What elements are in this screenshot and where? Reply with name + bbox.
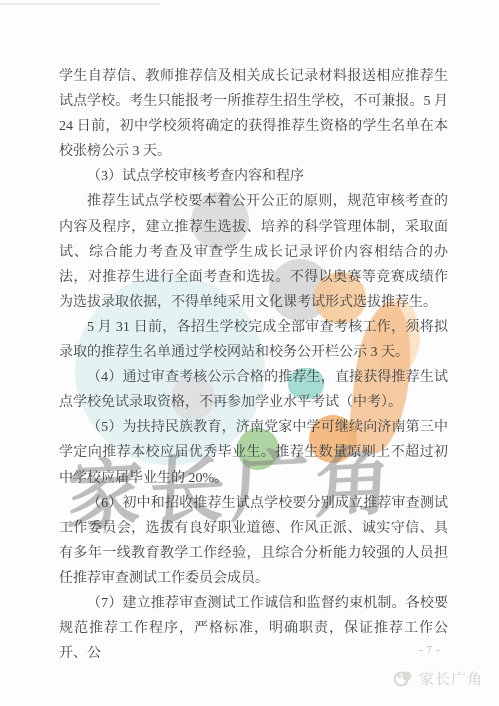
footer-brand: 家长广角: [393, 667, 483, 689]
paragraph-item-5: （5）为扶持民族教育，济南党家中学可继续向济南第三中学定向推荐本校应届优秀毕业生…: [59, 415, 448, 490]
brand-logo-icon: [393, 667, 415, 689]
paragraph-continuation: 学生自荐信、教师推荐信及相关成长记录材料报送相应推荐生试点学校。考生只能报考一所…: [59, 64, 448, 164]
paragraph-heading-3: （3）试点学校审核考查内容和程序: [59, 164, 448, 189]
brand-name-text: 家长广角: [419, 668, 483, 689]
paragraph-3-body: 推荐生试点学校要本着公开公正的原则，规范审核考查的内容及程序，建立推荐生选拔、培…: [59, 189, 448, 314]
paragraph-may31: 5 月 31 日前，各招生学校完成全部审查考核工作，须将拟录取的推荐生名单通过学…: [59, 315, 448, 365]
paragraph-item-6: （6）初中和招收推荐生试点学校要分别成立推荐审查测试工作委员会，选拔有良好职业道…: [59, 491, 448, 591]
scan-edge-artifact: [0, 3, 160, 5]
paragraph-item-7: （7）建立推荐审查测试工作诚信和监督约束机制。各校要规范推荐工作程序，严格标准，…: [59, 591, 448, 666]
document-body: 学生自荐信、教师推荐信及相关成长记录材料报送相应推荐生试点学校。考生只能报考一所…: [59, 64, 448, 666]
paragraph-item-4: （4）通过审查考核公示合格的推荐生，直接获得推荐生试点学校免试录取资格，不再参加…: [59, 365, 448, 415]
page-number: - 7 -: [419, 645, 441, 656]
